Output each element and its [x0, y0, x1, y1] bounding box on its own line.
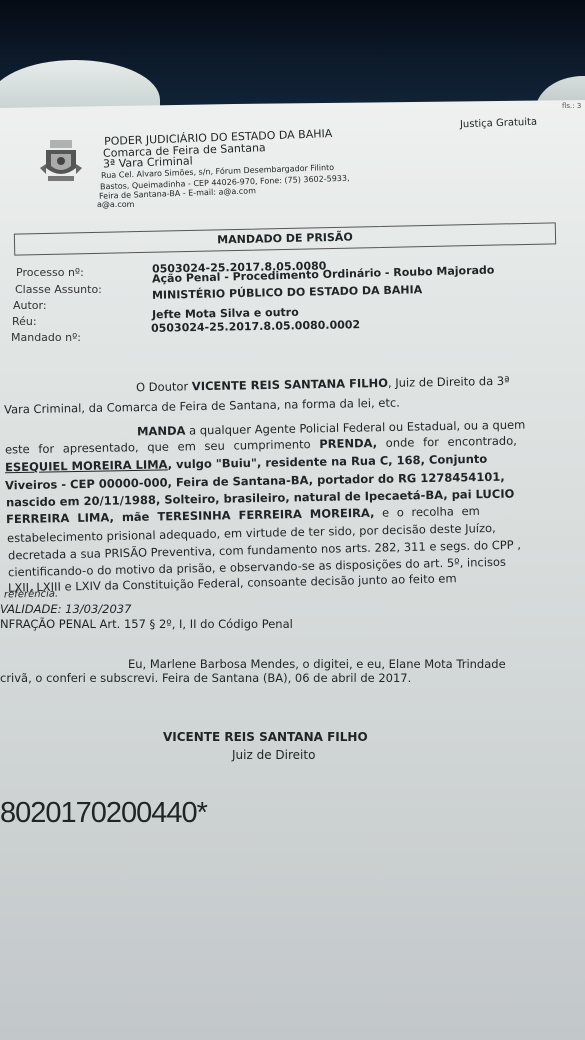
defendant-name: ESEQUIEL MOREIRA LIMA: [5, 457, 168, 474]
coat-of-arms-icon: [40, 138, 82, 184]
field-label-classe: Classe Assunto:: [15, 283, 102, 296]
intro-line-1: O Doutor VICENTE REIS SANTANA FILHO, Jui…: [136, 373, 510, 396]
validity: VALIDADE: 13/03/2037: [0, 601, 131, 617]
intro-line-2: Vara Criminal, da Comarca de Feira de Sa…: [4, 395, 400, 418]
field-label-reu: Réu:: [12, 315, 37, 328]
field-value-autor: MINISTÉRIO PÚBLICO DO ESTADO DA BAHIA: [152, 283, 422, 302]
judge-name: VICENTE REIS SANTANA FILHO: [192, 376, 388, 393]
signature-name: VICENTE REIS SANTANA FILHO: [163, 730, 368, 744]
justice-tag: Justiça Gratuita: [460, 117, 537, 131]
arrest-warrant-document: fls.: 3 Justiça Gratuita PODER JUDICIÁRI…: [0, 0, 585, 1040]
document-title: MANDADO DE PRISÃO: [14, 222, 556, 255]
page-marker: fls.: 3: [562, 102, 581, 110]
signature-role: Juiz de Direito: [232, 748, 315, 762]
field-label-processo: Processo nº:: [16, 266, 84, 279]
email: a@a.com: [97, 200, 134, 209]
field-label-autor: Autor:: [13, 299, 47, 312]
field-label-mandado: Mandado nº:: [11, 331, 81, 344]
closing-line-2: crivã, o conferi e subscrevi. Feira de S…: [0, 670, 411, 686]
criminal-infraction: NFRAÇÃO PENAL Art. 157 § 2º, I, II do Có…: [0, 616, 293, 632]
barcode-number: 8020170200440*: [0, 797, 207, 830]
field-value-mandado: 0503024-25.2017.8.05.0080.0002: [151, 318, 360, 335]
